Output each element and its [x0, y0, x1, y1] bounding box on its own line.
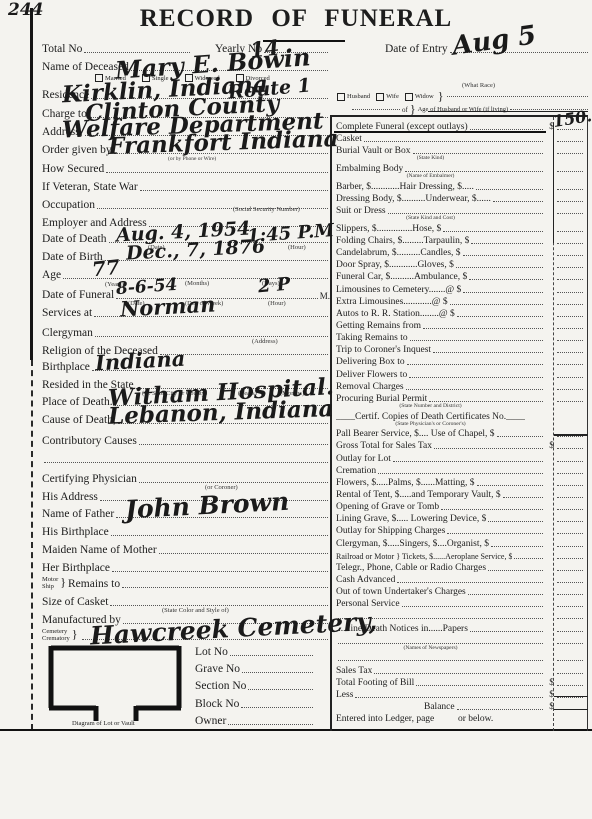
field-date-of-death: Date of Death — [42, 232, 330, 245]
checkbox-widow[interactable]: Widow — [405, 93, 434, 101]
field-label: Total No — [42, 43, 82, 55]
field-clergyman: Clergyman — [42, 326, 330, 339]
checkbox-wife[interactable]: Wife — [376, 93, 399, 101]
dotted-leader — [416, 685, 543, 686]
charge-row: Delivering Box to — [336, 355, 585, 367]
field-manufactured-by: Manufactured by — [42, 613, 330, 626]
motor-label: Motor — [42, 576, 58, 583]
charge-row: Trip to Coroner's Inquest — [336, 343, 585, 355]
charge-row: Taking Remains to — [336, 331, 585, 343]
field-label: Yearly No — [215, 43, 262, 55]
charge-label: Burial Vault or Box — [336, 146, 411, 156]
field-label: Date of Funeral — [42, 289, 114, 301]
field-total-no: Total No — [42, 42, 192, 55]
field-yearly-no: Yearly No — [215, 42, 330, 55]
dotted-leader — [468, 594, 543, 595]
less-amount-rule — [554, 696, 588, 697]
amount-cell — [557, 352, 583, 353]
charge-label: Autos to R. R. Station........@ $ — [336, 309, 455, 319]
amount-cell — [557, 448, 583, 449]
ssn-caption: (Social Security Number) — [233, 206, 300, 213]
brace: } — [60, 575, 66, 590]
field-employer: Employer and Address — [42, 216, 330, 229]
charge-label: Cash Advanced — [336, 575, 395, 585]
field-label: Name of Father — [42, 508, 114, 520]
field-how-secured: How Secured — [42, 162, 330, 175]
diagram-caption: Diagram of Lot or Vault — [72, 720, 135, 727]
dotted-leader — [410, 340, 543, 341]
charge-row: Entered into Ledger, page or below. — [336, 712, 585, 724]
field-label: Employer and Address — [42, 217, 147, 229]
dotted-leader — [470, 631, 543, 632]
brace: } — [72, 627, 78, 642]
amount-cell — [557, 485, 583, 486]
field-label: Birthplace — [42, 361, 90, 373]
dotted-leader — [497, 436, 543, 437]
cemetery-crematory-stack: Cemetery Crematory — [42, 628, 70, 642]
amount-cell — [557, 231, 583, 232]
field-label: His Address — [42, 491, 98, 503]
dotted-leader — [378, 473, 543, 474]
charge-label: Outlay for Lot — [336, 454, 391, 464]
dotted-leader — [457, 316, 543, 317]
amount-cell — [557, 497, 583, 498]
field-label: Block No — [195, 698, 239, 710]
field-label: Manufactured by — [42, 614, 121, 626]
dotted-leader — [493, 201, 543, 202]
amount-cell — [557, 201, 583, 202]
charge-row: ____Certif. Copies of Death Certificates… — [336, 409, 585, 421]
checkbox-icon[interactable] — [405, 93, 413, 101]
dotted-leader — [338, 660, 543, 661]
checkbox-single[interactable]: Single — [142, 74, 169, 82]
charge-label: Door Spray, $............Gloves, $ — [336, 260, 454, 270]
field-cemetery: Cemetery Crematory } — [42, 629, 330, 642]
amount-cell — [557, 673, 583, 674]
charge-row: Suit or Dress — [336, 204, 585, 216]
amount-cell — [557, 594, 583, 595]
field-label: Resided in the State — [42, 379, 134, 391]
charge-label: Entered into Ledger, page or below. — [336, 714, 493, 724]
amount-cell — [557, 685, 583, 686]
amount-cell — [557, 570, 583, 571]
amount-cell — [557, 521, 583, 522]
field-label: Remains to — [68, 578, 120, 590]
checkbox-widowed[interactable]: Widowed — [185, 74, 220, 82]
field-lot-no: Lot No — [195, 645, 315, 658]
charge-label: Gross Total for Sales Tax — [336, 441, 432, 451]
charge-label: Clergyman, $.....Singers, $....Organist,… — [336, 539, 489, 549]
field-label: Date of Entry — [385, 43, 448, 55]
field-place-of-death: Place of Death. — [42, 395, 330, 408]
charge-label: Total Footing of Bill — [336, 678, 414, 688]
dotted-leader — [470, 129, 543, 130]
amount-cell — [557, 279, 583, 280]
charge-row: Removal Charges — [336, 380, 585, 392]
amount-cell — [557, 255, 583, 256]
amount-cell — [557, 582, 583, 583]
field-label: Religion of the Deceased — [42, 345, 158, 357]
checkbox-label: Widowed — [195, 75, 220, 82]
charge-label: Limousines to Cemetery.......@ $ — [336, 285, 461, 295]
charge-row: Pall Bearer Service, $.... Use of Chapel… — [336, 427, 585, 439]
field-label: Address, — [42, 126, 83, 138]
charge-label: Out of town Undertaker's Charges — [336, 587, 466, 597]
charge-label: Less — [336, 690, 353, 700]
field-label: Age — [42, 269, 61, 281]
charge-label: Taking Remains to — [336, 333, 408, 343]
charge-row: Barber, $............Hair Dressing, $...… — [336, 180, 585, 192]
dotted-leader — [364, 141, 543, 142]
scan-edge-line-dashed — [31, 360, 33, 730]
amount-cell — [557, 606, 583, 607]
field-grave-no: Grave No — [195, 662, 315, 675]
dotted-leader — [456, 267, 543, 268]
charge-row: Folding Chairs, $.........Tarpaulin, $ — [336, 234, 585, 246]
lot-vault-diagram — [48, 644, 182, 724]
charge-row: Out of town Undertaker's Charges — [336, 585, 585, 597]
field-address: Address, — [42, 125, 330, 138]
amount-cell — [557, 316, 583, 317]
charge-row: Embalming Body — [336, 162, 585, 174]
field-charge-to: Charge to — [42, 107, 330, 120]
charge-label: Embalming Body — [336, 164, 403, 174]
amount-cell — [557, 618, 583, 619]
funeral-record-scan: 244 RECORD OF FUNERAL Total No Yearly No… — [0, 0, 592, 819]
field-label: Her Birthplace — [42, 562, 110, 574]
days-caption: (Days) — [262, 280, 280, 287]
checkbox-label: Single — [152, 75, 169, 82]
field-certifying-physician: Certifying Physician — [42, 472, 330, 485]
page-title: RECORD OF FUNERAL — [140, 5, 452, 33]
charge-row: Extra Limousines............@ $ — [336, 295, 585, 307]
amount-cell — [557, 660, 583, 661]
checkbox-icon[interactable] — [185, 74, 193, 82]
charge-label: Trip to Coroner's Inquest — [336, 345, 431, 355]
charge-row: Personal Service — [336, 597, 585, 609]
amount-cell — [557, 533, 583, 534]
field-cause-of-death: Cause of Death; — [42, 413, 330, 426]
amount-cell — [557, 189, 583, 190]
field-label: Size of Casket — [42, 596, 108, 608]
field-remains-to: Motor Ship } Remains to — [42, 577, 330, 590]
charge-row — [336, 609, 585, 621]
dotted-leader — [488, 570, 543, 571]
field-label: Section No — [195, 680, 246, 692]
amount-cell — [557, 340, 583, 341]
charge-row: Candelabrum, $..........Candles, $ — [336, 246, 585, 258]
charge-label: Lining Grave, $..... Lowering Device, $ — [336, 514, 486, 524]
field-section-no: Section No — [195, 679, 315, 692]
dotted-leader — [477, 485, 543, 486]
checkbox-icon[interactable] — [376, 93, 384, 101]
dotted-leader — [338, 618, 543, 619]
charge-label: Getting Remains from — [336, 321, 421, 331]
field-label: Certifying Physician — [42, 473, 137, 485]
field-label: Contributory Causes — [42, 435, 137, 447]
charge-label: Flowers, $.....Palms, $......Matting, $ — [336, 478, 475, 488]
charge-label: Casket — [336, 134, 362, 144]
checkbox-label: Wife — [386, 93, 399, 100]
field-label: Maiden Name of Mother — [42, 544, 157, 556]
field-label: Services at — [42, 307, 92, 319]
checkbox-divorced[interactable]: Divorced — [236, 74, 270, 82]
amount-cell — [557, 558, 583, 559]
charge-label: Folding Chairs, $.........Tarpaulin, $ — [336, 236, 469, 246]
field-owner: Owner — [195, 714, 315, 727]
charge-row — [336, 651, 585, 663]
dotted-leader — [407, 364, 543, 365]
charge-row: Gross Total for Sales Tax $ — [336, 439, 585, 451]
amount-cell — [557, 436, 583, 437]
dotted-line — [42, 452, 330, 465]
dotted-leader — [457, 709, 543, 710]
charge-label: Outlay for Shipping Charges — [336, 526, 445, 536]
amount-cell — [557, 243, 583, 244]
marital-status-group: Married Single Widowed Divorced — [95, 74, 286, 82]
charge-label: Funeral Car, $..........Ambulance, $ — [336, 272, 467, 282]
field-label: Residence — [42, 89, 89, 101]
dotted-leader — [463, 255, 543, 256]
field-label: Date of Death — [42, 233, 107, 245]
gross-total-rule — [554, 434, 588, 436]
field-label: Name of Deceased — [42, 61, 129, 73]
amount-cell — [557, 631, 583, 632]
amount-cell — [557, 473, 583, 474]
amount-cell — [557, 643, 583, 644]
field-name-of-deceased: Name of Deceased — [42, 60, 330, 73]
charge-row: Getting Remains from — [336, 319, 585, 331]
field-label: Place of Death. — [42, 396, 113, 408]
amount-cell — [557, 364, 583, 365]
field-label: How Secured — [42, 163, 104, 175]
charge-row: Limousines to Cemetery.......@ $ — [336, 282, 585, 294]
charge-label: Slippers, $...............Hose, $ — [336, 224, 441, 234]
dotted-leader — [374, 673, 543, 674]
complete-funeral-underline — [334, 131, 546, 133]
months-caption: (Months) — [185, 280, 209, 287]
charge-row: Outlay for Lot — [336, 451, 585, 463]
dotted-leader — [450, 304, 543, 305]
dotted-leader — [471, 243, 543, 244]
field-name-of-father: Name of Father — [42, 507, 330, 520]
field-label: Clergyman — [42, 327, 93, 339]
charge-row: Casket — [336, 132, 585, 144]
years-caption: (Years) — [105, 281, 124, 288]
dotted-leader — [402, 606, 543, 607]
charge-row: Autos to R. R. Station........@ $ — [336, 307, 585, 319]
charge-row: Cremation — [336, 464, 585, 476]
charge-label: Rental of Tent, $.....and Temporary Vaul… — [336, 490, 501, 500]
amount-cell — [557, 171, 583, 172]
amount-cell — [557, 304, 583, 305]
field-date-of-birth: Date of Birth — [42, 250, 330, 263]
dotted-leader — [514, 558, 543, 559]
charge-label: Candelabrum, $..........Candles, $ — [336, 248, 461, 258]
charge-label: .....line Death Notices in......Papers — [336, 624, 468, 634]
field-services-at: Services at — [42, 306, 330, 319]
field-order-given-by: Order given by — [42, 143, 330, 156]
charge-row: Funeral Car, $..........Ambulance, $ — [336, 270, 585, 282]
charge-row: Burial Vault or Box — [336, 144, 585, 156]
balance-amount-rule — [554, 709, 588, 710]
dotted-leader — [443, 231, 543, 232]
rule — [428, 111, 588, 112]
dotted-leader — [397, 582, 543, 583]
amount-cell — [557, 213, 583, 214]
charge-row: Lining Grave, $..... Lowering Device, $ — [336, 512, 585, 524]
field-label: Cause of Death; — [42, 414, 116, 426]
dotted-leader — [469, 279, 543, 280]
dotted-leader — [405, 171, 543, 172]
dotted-leader — [406, 389, 543, 390]
checkbox-icon[interactable] — [95, 74, 103, 82]
amount-cell — [557, 267, 583, 268]
dotted-leader — [409, 377, 543, 378]
dotted-leader — [503, 497, 543, 498]
dotted-leader — [441, 509, 543, 510]
field-label: Occupation — [42, 199, 95, 211]
field-label: Owner — [195, 715, 226, 727]
field-her-birthplace: Her Birthplace — [42, 561, 330, 574]
field-label: Lot No — [195, 646, 228, 658]
charge-label: Sales Tax — [336, 666, 372, 676]
dotted-leader — [355, 697, 543, 698]
charge-label: Railroad or Motor } Tickets, $......Aero… — [336, 552, 512, 561]
checkbox-label: Married — [105, 75, 126, 82]
checkbox-label: Husband — [347, 93, 370, 100]
of-label: of — [402, 106, 408, 114]
checkbox-label: Divorced — [246, 75, 270, 82]
field-label: If Veteran, State War — [42, 181, 138, 193]
field-block-no: Block No — [195, 697, 315, 710]
amount-cell — [557, 509, 583, 510]
charge-row: Less $ — [336, 688, 585, 700]
charge-row: Cash Advanced — [336, 573, 585, 585]
checkbox-husband[interactable]: Husband — [337, 93, 370, 101]
amount-cell — [557, 697, 583, 698]
field-label: His Birthplace — [42, 526, 109, 538]
charge-label: Opening of Grave or Tomb — [336, 502, 439, 512]
field-contributory: Contributory Causes — [42, 434, 330, 447]
dotted-leader — [434, 448, 543, 449]
meridiem-label: M. — [320, 291, 330, 301]
charge-label: Delivering Box to — [336, 357, 405, 367]
field-veteran: If Veteran, State War — [42, 180, 330, 193]
amount-cell — [557, 401, 583, 402]
charge-row: Sales Tax — [336, 663, 585, 675]
amount-cell — [557, 153, 583, 154]
dotted-leader — [429, 401, 543, 402]
charge-row: Opening of Grave or Tomb — [336, 500, 585, 512]
charge-row: Rental of Tent, $.....and Temporary Vaul… — [336, 488, 585, 500]
ship-label: Ship — [42, 583, 58, 590]
field-religion: Religion of the Deceased — [42, 344, 330, 357]
field-his-address: His Address — [42, 490, 330, 503]
charge-row: Door Spray, $............Gloves, $ — [336, 258, 585, 270]
charge-row: Slippers, $...............Hose, $ — [336, 222, 585, 234]
field-his-birthplace: His Birthplace — [42, 525, 330, 538]
scan-edge-line — [30, 8, 33, 360]
dotted-leader — [491, 546, 543, 547]
field-maiden-name-mother: Maiden Name of Mother — [42, 543, 330, 556]
charges-list: Complete Funeral (except outlays) $ Cask… — [336, 120, 585, 724]
amount-cell — [557, 461, 583, 462]
page-number-handwriting: 244 — [8, 2, 44, 19]
dotted-leader — [476, 189, 543, 190]
motor-ship-stack: Motor Ship — [42, 576, 58, 590]
amount-cell — [557, 292, 583, 293]
amount-cell — [557, 328, 583, 329]
field-residence: Residence — [42, 88, 330, 101]
amount-cell — [557, 129, 583, 130]
field-birthplace: Birthplace — [42, 360, 330, 373]
checkbox-icon[interactable] — [236, 74, 244, 82]
charge-row: Railroad or Motor } Tickets, $......Aero… — [336, 549, 585, 561]
dotted-leader — [393, 461, 543, 462]
charge-label: Dressing Body, $..........Underwear, $..… — [336, 194, 491, 204]
charge-row: Dressing Body, $..........Underwear, $..… — [336, 192, 585, 204]
crematory-label: Crematory — [42, 635, 70, 642]
charge-label: Barber, $............Hair Dressing, $...… — [336, 182, 474, 192]
dotted-leader — [423, 328, 543, 329]
charge-label: Pall Bearer Service, $.... Use of Chapel… — [336, 429, 495, 439]
charge-row: Deliver Flowers to — [336, 367, 585, 379]
charge-label: Balance — [424, 702, 455, 712]
charge-row: Balance $ — [336, 700, 585, 712]
charge-label: Removal Charges — [336, 382, 404, 392]
charge-row: .....line Death Notices in......Papers — [336, 621, 585, 633]
dotted-leader — [433, 352, 543, 353]
charge-label: Personal Service — [336, 599, 400, 609]
dotted-leader — [463, 292, 543, 293]
field-date-of-entry: Date of Entry — [385, 42, 590, 55]
charge-label: Telegr., Phone, Cable or Radio Charges — [336, 563, 486, 573]
charge-row: Telegr., Phone, Cable or Radio Charges — [336, 561, 585, 573]
amount-cell — [557, 389, 583, 390]
charge-row: Outlay for Shipping Charges — [336, 524, 585, 536]
cemetery-label: Cemetery — [42, 628, 70, 635]
charge-label: Extra Limousines............@ $ — [336, 297, 448, 307]
checkbox-icon[interactable] — [142, 74, 150, 82]
dotted-leader — [447, 533, 543, 534]
charge-label: Suit or Dress — [336, 206, 386, 216]
field-label: Grave No — [195, 663, 240, 675]
charge-row — [336, 634, 585, 646]
charge-row: Flowers, $.....Palms, $......Matting, $ — [336, 476, 585, 488]
field-label: Order given by — [42, 144, 112, 156]
amount-cell — [557, 141, 583, 142]
dotted-leader — [488, 521, 543, 522]
charge-label: Deliver Flowers to — [336, 370, 407, 380]
checkbox-married[interactable]: Married — [95, 74, 126, 82]
charge-row: Total Footing of Bill $ — [336, 676, 585, 688]
charge-label: Cremation — [336, 466, 376, 476]
checkbox-icon[interactable] — [337, 93, 345, 101]
checkbox-label: Widow — [415, 93, 434, 100]
charge-row: Clergyman, $.....Singers, $....Organist,… — [336, 536, 585, 548]
amount-cell — [557, 546, 583, 547]
amount-column-separator-solid — [553, 123, 554, 243]
amount-cell — [557, 377, 583, 378]
field-label: Charge to — [42, 108, 87, 120]
charges-box: Complete Funeral (except outlays) $ Cask… — [330, 115, 588, 731]
race-caption: (What Race) — [462, 82, 495, 89]
field-label: Date of Birth — [42, 251, 103, 263]
dotted-leader — [338, 643, 543, 644]
